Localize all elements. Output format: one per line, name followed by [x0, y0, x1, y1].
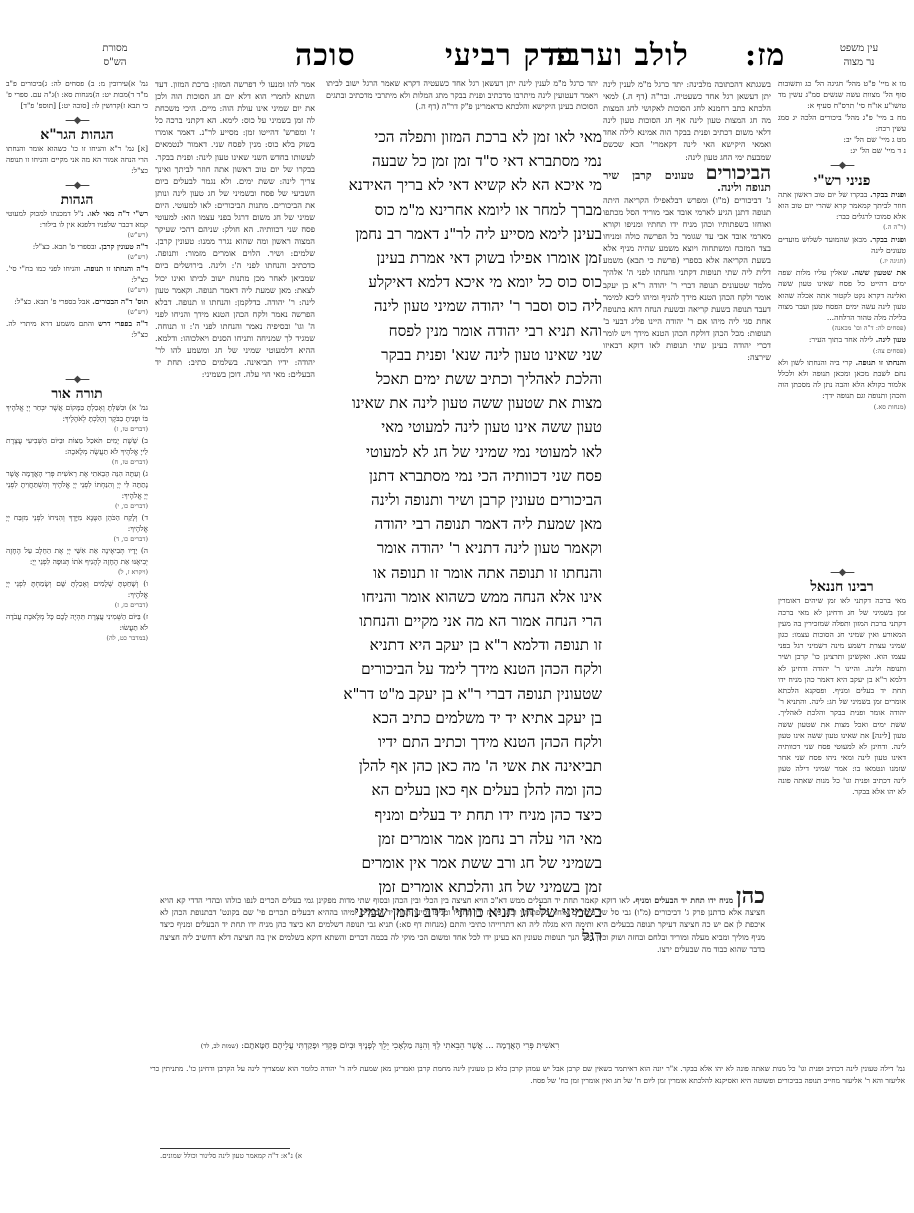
rashi-column: אמר להו ומנעו לי דפרשה המזון: ברכת המזון… — [155, 78, 315, 883]
gemara-line: טעון ששה אינו טעון לינה למעוטי מאי — [318, 415, 602, 439]
gemara-line: בעינן לימא מסייע ליה לר"נ דאמר רב נחמן — [318, 222, 602, 246]
tosafot-dibbur-hamatchil: הביכורים טעונים קרבן שיר תנופה ולינה. — [603, 167, 771, 194]
entry-title: את שטעון ששה. — [852, 268, 906, 277]
entry-title: והנחתו זו תנופה. — [855, 358, 906, 367]
gemara-line: כוס כוס כל יומא מי איכא דלמא דאיקלע — [318, 270, 602, 294]
verse-text: ג) וְעַתָּה הִנֵּה הֵבֵאתִי אֶת רֵאשִׁית… — [6, 469, 148, 500]
gemara-line: הביכורים טעונין קרבן ושיר ותנופה ולינה — [318, 488, 602, 512]
gemara-line: מברך למחר או ליומא אחרינא מ"מ כוס — [318, 198, 602, 222]
left-margin-column: גמ' א)עירובין מ: ב) פסחים לה: ג)ביכורים … — [6, 78, 148, 1068]
entry-ref: (רש"ש) — [6, 307, 148, 318]
ein-mishpat-label-line2: נר מצוה — [820, 56, 898, 70]
gemara-line: מי איכא הא לא קשיא דאי לא בריך האידנא — [318, 173, 602, 197]
entry-ref: (רש"ש) — [6, 252, 148, 263]
ein-mishpat-label-line1: עין משפט — [820, 42, 898, 56]
ein-mishpat-label: עין משפט נר מצוה — [820, 42, 898, 70]
gemara-line: שטעונין תנופה דברי ר"א בן יעקב מ"ט דר"א — [318, 682, 602, 706]
gemara-top-commentary: יתד כרגל מ"מ לענין לינה יתן דעשאן רגל אח… — [326, 78, 598, 113]
gemara-line: בן יעקב אתיא יד יד משלמים כתיב הכא — [318, 706, 602, 730]
masoret-label-line2: הש"ס — [80, 56, 150, 70]
entry-title: ופנית בבקר. — [870, 235, 906, 244]
hagahot-entry: תוס' ד"ה הבכורים. אבל בספרי פ' תבא. כצ"ל… — [6, 296, 148, 318]
entry-title: ד"ה והנחתו זו תנופה. — [84, 264, 148, 273]
bottom-notes: גמ' דילה טעונין לינה דכתיב ופנית וגו' כל… — [150, 1063, 905, 1087]
ornament-divider: ⎯⎯◆⎯⎯ — [6, 115, 148, 126]
verse-text: ב) שֵׁשֶׁת יָמִים תֹּאכַל מַצּוֹת וּבַיּ… — [6, 436, 148, 456]
entry-title: ופנית בבקר. — [870, 190, 906, 199]
footnote-divider — [160, 1148, 290, 1149]
tractate-name: סוכה — [295, 38, 356, 73]
entry-ref: (רש"ש) — [6, 230, 148, 241]
entry-text: אבל בספרי פ' תבא. כצ"ל: — [14, 297, 90, 306]
entry-title: טעון לינה. — [876, 335, 906, 344]
gemara-line: זמן אומרו אפילו בשוק דאי אמרת בעינן — [318, 246, 602, 270]
rabbeinu-chananel-text: מאי ברכה דקתני לאו זמן שיהים דאומרין זמן… — [778, 595, 906, 797]
ornament-divider: ⎯⎯◆⎯⎯ — [778, 160, 906, 171]
gemara-line: אינו אלא הנחה ממש כשהוא אומר והניחו — [318, 585, 602, 609]
entry-ref: (ר"ה ה.) — [778, 222, 906, 233]
hagahot-entry: ד"ה והנחתו זו תנופה. והניחו לפני כמו בח"… — [6, 263, 148, 296]
hagahot-entry: רש"י ד"ה מאי לאו. נ"ל דמכנתו למכוק למעוט… — [6, 208, 148, 241]
entry-title: רש"י ד"ה מאי לאו. — [87, 209, 148, 218]
gemara-line: והלכת לאהליך וכתיב ששת ימים תאכל — [318, 367, 602, 391]
entry-title: ד"ה טעונין קרבן. — [99, 242, 148, 251]
entry-ref: (מנחות סא.) — [778, 402, 906, 413]
gemara-line: ליה כוס וסבר ר' יהודה שמיני טעון לינה — [318, 294, 602, 318]
penei-rashi-entry: והנחתו זו תנופה. קרי ביה והנחתו לשון ולא… — [778, 357, 906, 413]
gemara-line: כיצד כהן מניח ידו תחת יד בעלים ומניף — [318, 803, 602, 827]
ornament-divider: ⎯⎯◆⎯⎯ — [6, 374, 148, 385]
pasuk-ref: (שמות לב, לד) — [201, 1042, 239, 1050]
verse-ref: (דברים טז, ח) — [6, 457, 148, 468]
verse-text: ו) וְשָׁחַטְתָּ שְׁלָמִים וְאָכַלְתָּ שָ… — [6, 579, 148, 599]
footnote-text: א) נ"א: ד"ה קמאמר טעון לינה סלינור וכולל… — [160, 1152, 302, 1160]
torah-or-entry: ד) וְלָקַח הַכֹּהֵן הַטֶּנֶא מִיָּדֶךָ ו… — [6, 512, 148, 545]
torah-or-entry: ב) שֵׁשֶׁת יָמִים תֹּאכַל מַצּוֹת וּבַיּ… — [6, 435, 148, 468]
tosafot-bottom-lead-word: כהן — [736, 883, 765, 909]
gemara-line: הרי הנחה אמור הא מה אני מקיים והנחתו — [318, 609, 602, 633]
right-margin-column: מו א מיי' פ"ט מהל' חגיגה הל' כג ותשובות … — [778, 78, 906, 1078]
ein-mishpat-entry: מט ג מיי' שם הל' יב: — [778, 134, 906, 145]
penei-rashi-entry: ופנית בבקר. בבקרו של יום טוב ראשון אתה ח… — [778, 189, 906, 234]
entry-ref: (חגיגה יז.) — [778, 256, 906, 267]
bottom-pasuk: רִאשִׁית פְּרִי הָאֲדָמָה ... אֲשֶׁר הֵב… — [150, 1040, 610, 1051]
daf-number: מז: — [745, 38, 785, 73]
torah-or-entry: ג) וְעַתָּה הִנֵּה הֵבֵאתִי אֶת רֵאשִׁית… — [6, 468, 148, 512]
torah-or-heading: תורה אור — [6, 389, 148, 400]
hagahot-heading: הגהות — [6, 195, 148, 206]
ornament-divider: ⎯⎯◆⎯⎯ — [6, 180, 148, 191]
ein-mishpat-entry: מו א מיי' פ"ט מהל' חגיגה הל' כג ותשובות … — [778, 78, 906, 112]
ornament-divider: ⎯⎯◆⎯⎯ — [778, 567, 906, 578]
masoret-hashas-entries: גמ' א)עירובין מ: ב) פסחים לה: ג)ביכורים … — [6, 78, 148, 111]
tosafot-pre-text: בשגגתא דהכתובה מלבינה: יתד כרגל מ"מ לעני… — [603, 78, 771, 163]
rabbeinu-chananel-heading: רבינו חננאל — [778, 582, 906, 593]
hagahot-hagra-heading: הגהות הגר"א — [6, 130, 148, 141]
tosafot-bottom-section: כהן מניח ידו תחת יד הבעלים ומניף. לאו דו… — [160, 890, 765, 956]
verse-ref: (דברים כז, ז) — [6, 600, 148, 611]
torah-or-entry: ז) בַּיּוֹם הַשְּׁמִינִי עֲצֶרֶת תִּהְיֶ… — [6, 611, 148, 644]
verse-text: ה) יָדָיו תְּבִיאֶינָה אֵת אִשֵּׁי יְיָ … — [6, 546, 148, 566]
gemara-line: מאי הוי עלה רב נחמן אמר אומרים זמן — [318, 827, 602, 851]
tosafot-bottom-lead-rest: מניח ידו תחת יד הבעלים ומניף. — [633, 895, 733, 905]
gemara-line: והנחתו זו תנופה אתה אומר זו תנופה או — [318, 561, 602, 585]
pasuk-text: רִאשִׁית פְּרִי הָאֲדָמָה ... אֲשֶׁר הֵב… — [241, 1041, 559, 1051]
gemara-line: והא תניא רבי יהודה אומר מנין לפסח — [318, 319, 602, 343]
verse-ref: (דברים כו, ד) — [6, 534, 148, 545]
verse-ref: (דברים טז, ז) — [6, 424, 148, 435]
entry-title: תוס' ד"ה הבכורים. — [92, 297, 148, 306]
entry-text: ובספרי פ' תבא. כצ"ל: — [33, 242, 97, 251]
gemara-line: ולקח הכהן הטנא מידך לימד על הביכורים — [318, 657, 602, 681]
verse-ref: (ויקרא ז, ל) — [6, 567, 148, 578]
verse-text: ד) וְלָקַח הַכֹּהֵן הַטֶּנֶא מִיָּדֶךָ ו… — [6, 513, 148, 533]
gemara-line: תביאינה את אשי ה' מה כאן כהן אף להלן — [318, 754, 602, 778]
gemara-line: וקאמר טעון לינה דתניא ר' יהודה אומר — [318, 536, 602, 560]
gemara-line: מאן שמעת ליה דאמר תנופה רבי יהודה — [318, 512, 602, 536]
tosafot-column: בשגגתא דהכתובה מלבינה: יתד כרגל מ"מ לעני… — [603, 78, 771, 883]
hagahot-entry: ד"ה בפפרי דרש והתם משמע דרא מיתרי לה. כצ… — [6, 318, 148, 340]
penei-rashi-entry: טעון לינה. לילה אחד בתוך העיר:(פסחים צה:… — [778, 334, 906, 356]
entry-title: ד"ה בפפרי דרש — [98, 319, 148, 328]
torah-or-entry: ו) וְשָׁחַטְתָּ שְׁלָמִים וְאָכַלְתָּ שָ… — [6, 578, 148, 611]
hagahot-entry: ד"ה טעונין קרבן. ובספרי פ' תבא. כצ"ל:(רש… — [6, 241, 148, 263]
masoret-label-line1: מסורת — [80, 42, 150, 56]
masoret-hashas-label: מסורת הש"ס — [80, 42, 150, 70]
gemara-line: לאו למעוטי נמי שמיני של חג לא למעוטי — [318, 440, 602, 464]
gemara-line: נמי מסתברא דאי ס"ד זמן זמן כל שבעה — [318, 149, 602, 173]
gemara-line: פסח שני דכוותיה הכי נמי מסתברא דתנן — [318, 464, 602, 488]
rashi-text: אמר להו ומנעו לי דפרשה המזון: ברכת המזון… — [155, 78, 315, 380]
tosafot-body: ג' דביכורים (מ"ו) ומפרש דבלאפילו הקריאה … — [603, 194, 771, 363]
entry-ref: (פסחים צה:) — [778, 346, 906, 357]
gemara-line: בשמיני של חג ורב ששת אמר אין אומרים — [318, 851, 602, 875]
gemara-line: מצות את שטעון ששה טעון לינה את שאינו — [318, 391, 602, 415]
entry-ref: (רש"ש) — [6, 285, 148, 296]
torah-or-entry: גמ' א) וּבִשַּׁלְתָּ וְאָכַלְתָּ בַּמָּק… — [6, 402, 148, 435]
chapter-name: לולב וערבה — [547, 38, 689, 73]
penei-rashi-entry: את שטעון ששה. שאלין עליו מלות שפה ימים ד… — [778, 267, 906, 334]
verse-ref: (דברים כו, י) — [6, 501, 148, 512]
entry-ref: (פסחים לה: ד"ה וכו' מכאנה) — [778, 323, 906, 334]
gemara-line: שני שאינו טעון לינה שנא' ופנית בבקר — [318, 343, 602, 367]
gemara-line: כהן ומה להלן בעלים אף כאן בעלים הא — [318, 778, 602, 802]
gemara-main-text: מאי לאו זמן לא ברכת המזון ותפלה הכי נמי … — [318, 125, 602, 948]
hagahot-hagra-text: [א] גמ' ר"א והניחו זו כו' כשהוא אומר והנ… — [6, 143, 148, 176]
gemara-line: מאי לאו זמן לא ברכת המזון ותפלה הכי — [318, 125, 602, 149]
verse-text: ז) בַּיּוֹם הַשְּׁמִינִי עֲצֶרֶת תִּהְיֶ… — [6, 612, 148, 632]
ein-mishpat-entry: מח ב מיי' פ"ג מהל' ביכורים הלכה יג סמג ע… — [778, 112, 906, 134]
torah-or-entry: ה) יָדָיו תְּבִיאֶינָה אֵת אִשֵּׁי יְיָ … — [6, 545, 148, 578]
entry-text: לילה אחד בתוך העיר: — [809, 335, 873, 344]
ein-mishpat-entry: נ ד מיי' שם הל' יג: — [778, 145, 906, 156]
penei-rashi-heading: פניני רש"י — [778, 176, 906, 187]
verse-ref: (במדבר כט, לה) — [6, 633, 148, 644]
penei-rashi-entry: ופנית בבקר. מכאן שהמועד לשלוש מועדים טעו… — [778, 234, 906, 268]
gemara-line: ולקח הכהן הטנא מידך וכתיב התם ידיו — [318, 730, 602, 754]
verse-text: גמ' א) וּבִשַּׁלְתָּ וְאָכַלְתָּ בַּמָּק… — [6, 403, 148, 423]
gemara-line: זו תנופה ודלמא ר"א בן יעקב היא דתניא — [318, 633, 602, 657]
